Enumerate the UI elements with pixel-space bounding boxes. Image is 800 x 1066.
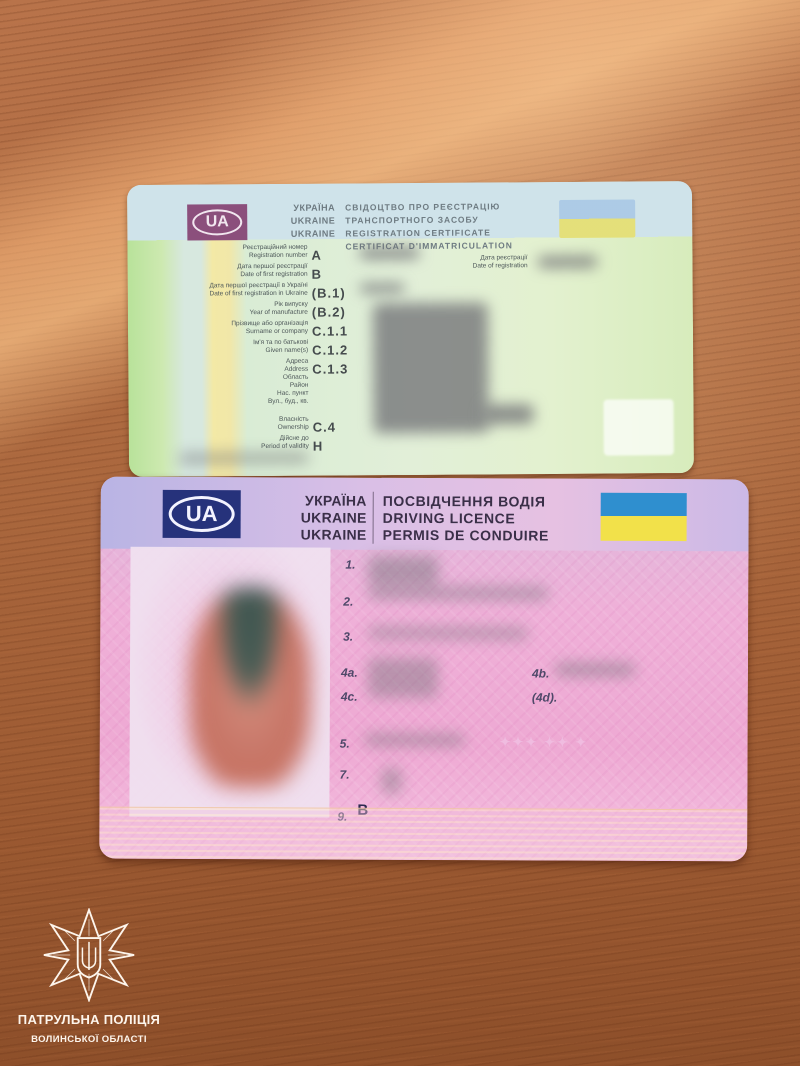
redacted-reg-number	[359, 247, 419, 259]
dl-country-name: УКРАЇНА UKRAINE UKRAINE	[271, 492, 367, 543]
dl-photo-redacted	[129, 547, 330, 818]
dl-label-3: 3.	[343, 630, 353, 644]
ukraine-flag-icon	[601, 493, 687, 541]
reg-ua-badge-text: UA	[192, 209, 242, 235]
redacted-first-reg	[360, 283, 405, 293]
reg-hologram	[603, 399, 673, 455]
reg-label-a: Реєстраційний номерRegistration number	[167, 244, 307, 264]
dl-security-pattern: ✦✦✦ ✦✦ ✦	[500, 734, 589, 750]
reg-label-b: Дата першої реєстраціїDate of first regi…	[168, 263, 308, 283]
dl-ua-badge-text: UA	[169, 496, 235, 532]
redacted-given-name	[368, 586, 548, 601]
redacted-licence-number	[365, 734, 465, 746]
dl-label-2: 2.	[343, 595, 353, 609]
registration-certificate-card: UA УКРАЇНА UKRAINE UKRAINE СВІДОЦТВО ПРО…	[127, 181, 694, 477]
redacted-expiry	[555, 663, 635, 677]
dl-microprint-strip	[99, 807, 747, 862]
police-name: ПАТРУЛЬНА ПОЛІЦІЯ	[14, 1012, 164, 1027]
redacted-owner-info	[373, 302, 489, 433]
reg-label-b1: Дата першої реєстрації в УкраїніDate of …	[168, 282, 308, 302]
reg-field-labels: Реєстраційний номерRegistration number Д…	[167, 244, 308, 455]
reg-title: СВІДОЦТВО ПРО РЕЄСТРАЦІЮ ТРАНСПОРТНОГО З…	[345, 200, 513, 253]
reg-flag-icon	[559, 199, 635, 238]
dl-label-7: 7.	[340, 768, 350, 782]
dl-header-divider	[373, 492, 374, 544]
reg-label-c12: Ім'я та по батьковіGiven name(s)	[168, 339, 308, 359]
police-star-trident-icon	[42, 908, 136, 1002]
redacted-dates	[368, 658, 438, 698]
dl-label-5: 5.	[340, 737, 350, 751]
blurred-face	[189, 587, 310, 788]
redacted-signature	[381, 768, 401, 794]
redacted-birth	[368, 626, 528, 641]
redacted-reg-date	[537, 256, 597, 268]
dl-label-4a: 4a.	[341, 666, 358, 680]
redacted-surname	[368, 556, 438, 586]
police-watermark: ПАТРУЛЬНА ПОЛІЦІЯ ВОЛИНСЬКОЇ ОБЛАСТІ	[14, 908, 164, 1045]
police-region: ВОЛИНСЬКОЇ ОБЛАСТІ	[14, 1034, 164, 1045]
dl-title: ПОСВІДЧЕННЯ ВОДІЯ DRIVING LICENCE PERMIS…	[383, 493, 550, 545]
redacted-validity	[484, 404, 534, 424]
reg-label-c11: Прізвище або організаціяSurname or compa…	[168, 320, 308, 340]
dl-label-4c: 4c.	[341, 690, 358, 704]
dl-ua-badge: UA	[163, 490, 241, 538]
reg-ua-badge: UA	[187, 204, 247, 240]
reg-label-c4: ВласністьOwnership	[169, 416, 309, 436]
dl-label-4b: 4b.	[532, 666, 549, 680]
reg-label-b2: Рік випускуYear of manufacture	[168, 301, 308, 321]
driving-licence-card: UA УКРАЇНА UKRAINE UKRAINE ПОСВІДЧЕННЯ В…	[99, 477, 749, 862]
reg-country-name: УКРАЇНА UKRAINE UKRAINE	[267, 202, 335, 241]
reg-date-of-registration-label: Дата реєстрації Date of registration	[437, 254, 527, 271]
redacted-serial	[179, 452, 309, 465]
dl-label-4d: (4d).	[532, 690, 557, 704]
reg-field-codes: A B (B.1) (B.2) C.1.1 C.1.2 C.1.3 C.4 H	[311, 245, 349, 455]
reg-label-c13: Адреса Address Область Район Нас. пункт …	[168, 358, 308, 417]
dl-label-1: 1.	[345, 558, 355, 572]
